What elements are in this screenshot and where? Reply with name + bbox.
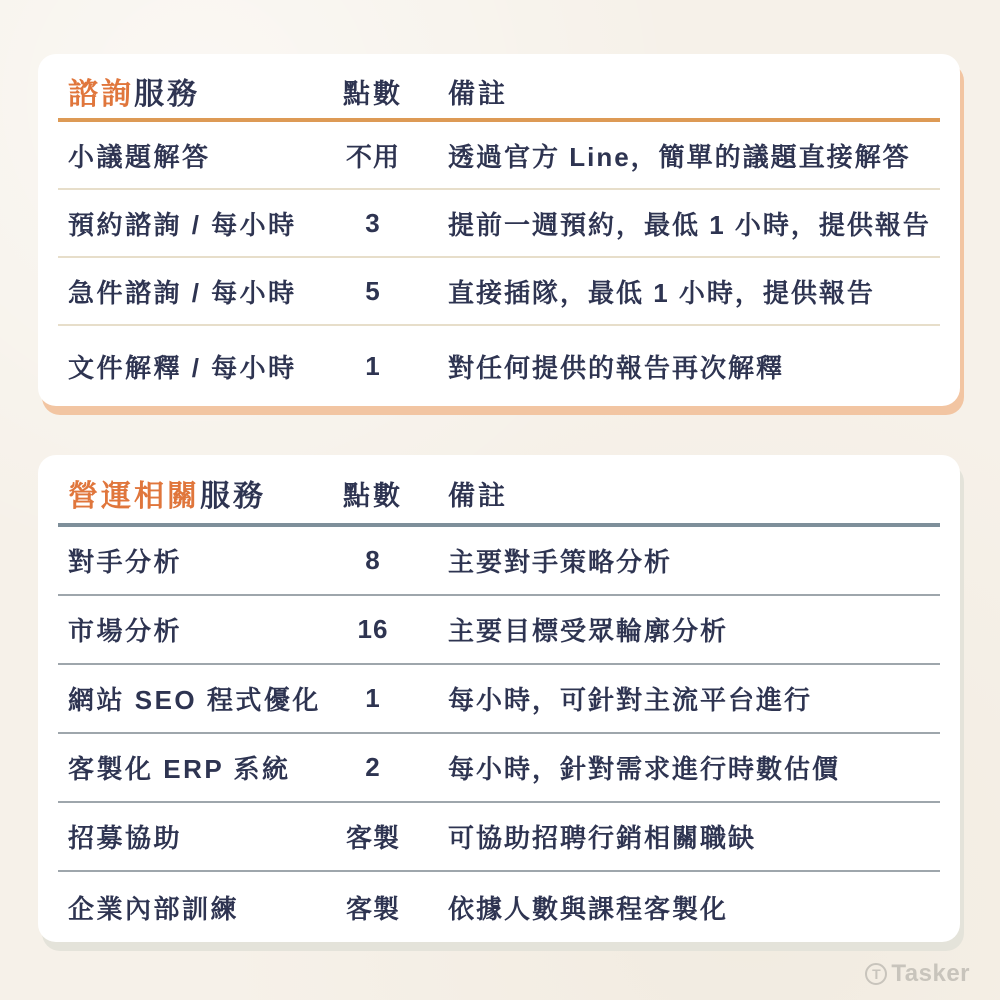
- points-value: 5: [323, 276, 423, 307]
- note-text: 可協助招聘行銷相關職缺: [423, 818, 930, 855]
- points-value: 客製: [323, 889, 423, 926]
- service-name: 招募協助: [68, 818, 323, 855]
- table-row: 企業內部訓練 客製 依據人數與課程客製化: [58, 872, 940, 942]
- column-header-notes: 備註: [423, 72, 930, 111]
- note-text: 依據人數與課程客製化: [423, 889, 930, 926]
- table-title-highlight: 諮詢: [68, 78, 134, 111]
- poster-background: 諮詢服務 點數 備註 小議題解答 不用 透過官方 Line，簡單的議題直接解答 …: [0, 0, 1000, 1000]
- table-title-highlight: 營運相關: [68, 480, 200, 513]
- table-row: 招募協助 客製 可協助招聘行銷相關職缺: [58, 803, 940, 872]
- service-name: 小議題解答: [68, 137, 323, 174]
- table-row: 對手分析 8 主要對手策略分析: [58, 527, 940, 596]
- tasker-logo-icon: T: [865, 963, 887, 985]
- points-value: 3: [323, 208, 423, 239]
- service-name: 文件解釋 / 每小時: [68, 348, 323, 385]
- column-header-points: 點數: [323, 474, 423, 513]
- points-value: 不用: [323, 137, 423, 174]
- service-name: 市場分析: [68, 611, 323, 648]
- note-text: 每小時，可針對主流平台進行: [423, 680, 930, 717]
- points-value: 1: [323, 351, 423, 382]
- column-header-points: 點數: [323, 72, 423, 111]
- service-name: 預約諮詢 / 每小時: [68, 205, 323, 242]
- table-row: 急件諮詢 / 每小時 5 直接插隊，最低 1 小時，提供報告: [58, 258, 940, 326]
- note-text: 提前一週預約，最低 1 小時，提供報告: [423, 205, 931, 242]
- table-header-row: 諮詢服務 點數 備註: [58, 54, 940, 122]
- table-row: 文件解釋 / 每小時 1 對任何提供的報告再次解釋: [58, 326, 940, 406]
- service-name: 對手分析: [68, 542, 323, 579]
- note-text: 每小時，針對需求進行時數估價: [423, 749, 930, 786]
- service-name: 企業內部訓練: [68, 889, 323, 926]
- note-text: 對任何提供的報告再次解釋: [423, 348, 930, 385]
- service-name: 網站 SEO 程式優化: [68, 680, 323, 717]
- table-title: 諮詢服務: [68, 69, 323, 113]
- table-row: 網站 SEO 程式優化 1 每小時，可針對主流平台進行: [58, 665, 940, 734]
- points-value: 1: [323, 683, 423, 714]
- table-header-row: 營運相關服務 點數 備註: [58, 455, 940, 527]
- column-header-notes: 備註: [423, 474, 930, 513]
- points-value: 2: [323, 752, 423, 783]
- tasker-logo: T Tasker: [865, 960, 970, 988]
- note-text: 直接插隊，最低 1 小時，提供報告: [423, 273, 930, 310]
- table-title: 營運相關服務: [68, 471, 323, 515]
- table-row: 客製化 ERP 系統 2 每小時，針對需求進行時數估價: [58, 734, 940, 803]
- points-value: 16: [323, 614, 423, 645]
- points-value: 客製: [323, 818, 423, 855]
- service-name: 客製化 ERP 系統: [68, 749, 323, 786]
- table-row: 市場分析 16 主要目標受眾輪廓分析: [58, 596, 940, 665]
- table-title-rest: 服務: [134, 78, 200, 111]
- note-text: 主要目標受眾輪廓分析: [423, 611, 930, 648]
- tasker-logo-letter: T: [872, 967, 881, 981]
- points-value: 8: [323, 545, 423, 576]
- table-row: 預約諮詢 / 每小時 3 提前一週預約，最低 1 小時，提供報告: [58, 190, 940, 258]
- table-row: 小議題解答 不用 透過官方 Line，簡單的議題直接解答: [58, 122, 940, 190]
- note-text: 主要對手策略分析: [423, 542, 930, 579]
- service-name: 急件諮詢 / 每小時: [68, 273, 323, 310]
- tasker-logo-text: Tasker: [891, 960, 970, 988]
- operations-services-table: 營運相關服務 點數 備註 對手分析 8 主要對手策略分析 市場分析 16 主要目…: [38, 455, 960, 942]
- consulting-services-table: 諮詢服務 點數 備註 小議題解答 不用 透過官方 Line，簡單的議題直接解答 …: [38, 54, 960, 406]
- note-text: 透過官方 Line，簡單的議題直接解答: [423, 137, 930, 174]
- table-title-rest: 服務: [200, 480, 266, 513]
